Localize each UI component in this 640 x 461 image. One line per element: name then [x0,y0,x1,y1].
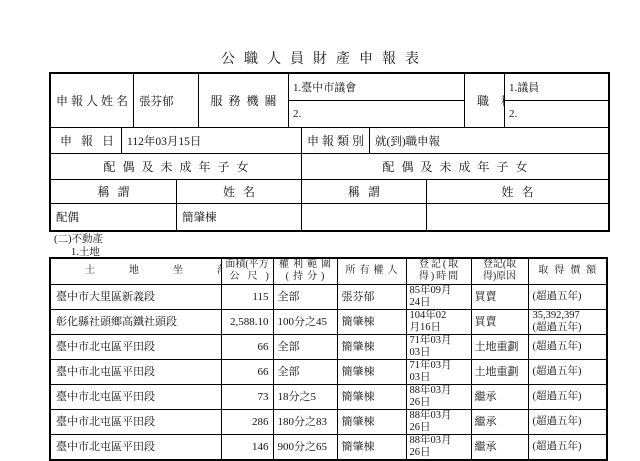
land-cell-location: 臺中市北屯區平田段 [50,409,221,434]
land-cell-location: 臺中市大里區新義段 [50,284,221,309]
land-table: 土地坐落面積(平方公尺)權利範圍(持分)所有權人登記(取得)時間登記(取得)原因… [49,257,608,461]
col-header-line: 得)原因 [472,271,528,283]
col-header-date: 登記(取得)時間 [406,258,471,284]
land-cell-area: 73 [221,384,273,409]
land-cell-price: (超過五年) [528,384,607,409]
land-cell-share: 全部 [273,284,337,309]
land-cell-location: 臺中市北屯區平田段 [50,384,221,409]
land-cell-line: 85年09月 [410,285,471,297]
col-header-area: 面積(平方公尺) [221,258,273,284]
land-row: 臺中市北屯區平田段7318分之5簡肇棟88年03月26日繼承(超過五年) [50,384,607,409]
land-cell-line: 26日 [410,422,471,434]
position-label: 職稱 [465,74,505,128]
land-cell-reason: 繼承 [471,384,528,409]
land-cell-share: 180分之83 [273,409,337,434]
land-cell-line: 71年03月 [410,335,471,347]
land-row: 彰化縣社頭鄉高鐵社頭段2,588.10100分之45簡肇棟104年02月16日買… [50,309,607,334]
land-cell-date: 88年03月26日 [406,384,471,409]
agency-value-1: 1.臺中市議會 [289,74,465,101]
relation-header-right: 稱謂 [302,180,427,204]
family-relation-value: 配偶 [51,204,177,230]
col-header-owner: 所有權人 [337,258,406,284]
family-relation-value-2 [302,204,427,230]
position-value-2: 2. [505,101,608,128]
land-cell-date: 71年03月03日 [406,334,471,359]
form-title: 公職人員財產申報表 [28,48,612,68]
land-table-header: 土地坐落面積(平方公尺)權利範圍(持分)所有權人登記(取得)時間登記(取得)原因… [50,258,607,284]
land-cell-line: 26日 [410,397,471,409]
relation-header-left: 稱謂 [51,180,177,204]
land-row: 臺中市北屯區平田段146900分之65簡肇棟88年03月26日繼承(超過五年) [50,434,607,460]
land-cell-line: 03日 [410,372,471,384]
land-cell-line: (超過五年) [533,391,607,403]
land-cell-reason: 買賣 [471,284,528,309]
declaration-form-page: 公職人員財產申報表 申報人姓名 張芬郁 服務機關 1.臺中市議會 2. 職稱 1… [0,0,640,461]
land-row: 臺中市北屯區平田段66全部簡肇棟71年03月03日土地重劃(超過五年) [50,359,607,384]
land-cell-reason: 買賣 [471,309,528,334]
land-cell-area: 115 [221,284,273,309]
land-cell-line: 88年03月 [410,410,471,422]
land-row: 臺中市大里區新義段115全部張芬郁85年09月24日買賣(超過五年) [50,284,607,309]
col-header-reason: 登記(取得)原因 [471,258,528,284]
col-header-line: 登記(取 [472,259,528,271]
land-cell-line: 03日 [410,347,471,359]
agency-value-2: 2. [289,101,465,128]
land-cell-price: (超過五年) [528,434,607,460]
declarant-name-value: 張芬郁 [134,74,199,128]
land-row: 臺中市北屯區平田段286180分之83簡肇棟88年03月26日繼承(超過五年) [50,409,607,434]
land-cell-reason: 繼承 [471,409,528,434]
col-header-line: 公尺) [222,271,273,283]
land-cell-line: (超過五年) [533,322,607,334]
land-cell-share: 100分之45 [273,309,337,334]
land-cell-date: 85年09月24日 [406,284,471,309]
land-cell-owner: 簡肇棟 [337,384,406,409]
declaration-type-value: 就(到)職申報 [370,128,608,154]
land-cell-reason: 繼承 [471,434,528,460]
land-cell-location: 臺中市北屯區平田段 [50,334,221,359]
declaration-date-value: 112年03月15日 [122,128,302,154]
name-header-left: 姓名 [177,180,302,204]
col-header-line: 取得價額 [529,265,607,277]
family-name-value: 簡肇棟 [177,204,302,230]
col-header-line: 登記(取 [407,259,471,271]
col-header-share: 權利範圍(持分) [273,258,337,284]
land-cell-owner: 簡肇棟 [337,334,406,359]
family-header-right: 配偶及未成年子女 [302,154,608,180]
land-cell-date: 104年02月16日 [406,309,471,334]
land-cell-line: (超過五年) [533,366,607,378]
land-cell-reason: 土地重劃 [471,334,528,359]
land-cell-line: 104年02 [410,310,471,322]
land-table-body: 臺中市大里區新義段115全部張芬郁85年09月24日買賣(超過五年)彰化縣社頭鄉… [50,284,607,460]
col-header-line: (持分) [274,271,337,283]
declarant-info-table: 申報人姓名 張芬郁 服務機關 1.臺中市議會 2. 職稱 1.議員 2. 申報日… [49,72,610,232]
land-cell-location: 臺中市北屯區平田段 [50,434,221,460]
land-cell-line: 35,392,397 [533,310,607,322]
land-cell-owner: 簡肇棟 [337,409,406,434]
land-cell-area: 66 [221,359,273,384]
col-header-line: 得)時間 [407,271,471,283]
land-row: 臺中市北屯區平田段66全部簡肇棟71年03月03日土地重劃(超過五年) [50,334,607,359]
land-cell-area: 286 [221,409,273,434]
land-cell-line: (超過五年) [533,291,607,303]
land-cell-share: 全部 [273,334,337,359]
land-cell-price: (超過五年) [528,359,607,384]
land-cell-line: 24日 [410,297,471,309]
land-cell-area: 66 [221,334,273,359]
land-cell-share: 全部 [273,359,337,384]
col-header-line: 所有權人 [338,265,406,277]
col-header-location: 土地坐落 [50,258,221,284]
declaration-type-label: 申報類別 [302,128,370,154]
family-header-left: 配偶及未成年子女 [51,154,302,180]
declarant-name-label: 申報人姓名 [51,74,134,128]
land-cell-price: (超過五年) [528,334,607,359]
land-cell-owner: 簡肇棟 [337,309,406,334]
name-header-right: 姓名 [427,180,608,204]
land-cell-line: 88年03月 [410,435,471,447]
land-cell-price: 35,392,397(超過五年) [528,309,607,334]
land-cell-line: (超過五年) [533,341,607,353]
col-header-line: 面積(平方 [222,259,273,271]
land-cell-line: (超過五年) [533,416,607,428]
declaration-date-label: 申報日 [51,128,122,154]
land-cell-owner: 簡肇棟 [337,359,406,384]
land-cell-line: 71年03月 [410,360,471,372]
land-cell-reason: 土地重劃 [471,359,528,384]
land-cell-area: 146 [221,434,273,460]
land-cell-price: (超過五年) [528,284,607,309]
agency-label: 服務機關 [199,74,289,128]
land-cell-date: 88年03月26日 [406,409,471,434]
land-cell-owner: 張芬郁 [337,284,406,309]
land-cell-date: 88年03月26日 [406,434,471,460]
family-name-value-2 [427,204,608,230]
land-cell-area: 2,588.10 [221,309,273,334]
land-cell-location: 臺中市北屯區平田段 [50,359,221,384]
land-cell-owner: 簡肇棟 [337,434,406,460]
position-value-1: 1.議員 [505,74,608,101]
land-cell-line: 88年03月 [410,385,471,397]
col-header-line: 土地坐落 [51,265,221,277]
col-header-line: 權利範圍 [274,259,337,271]
land-cell-date: 71年03月03日 [406,359,471,384]
land-cell-price: (超過五年) [528,409,607,434]
land-cell-share: 900分之65 [273,434,337,460]
land-cell-line: 26日 [410,447,471,459]
land-cell-location: 彰化縣社頭鄉高鐵社頭段 [50,309,221,334]
col-header-price: 取得價額 [528,258,607,284]
land-cell-line: (超過五年) [533,441,607,453]
land-cell-line: 月16日 [410,322,471,334]
land-cell-share: 18分之5 [273,384,337,409]
